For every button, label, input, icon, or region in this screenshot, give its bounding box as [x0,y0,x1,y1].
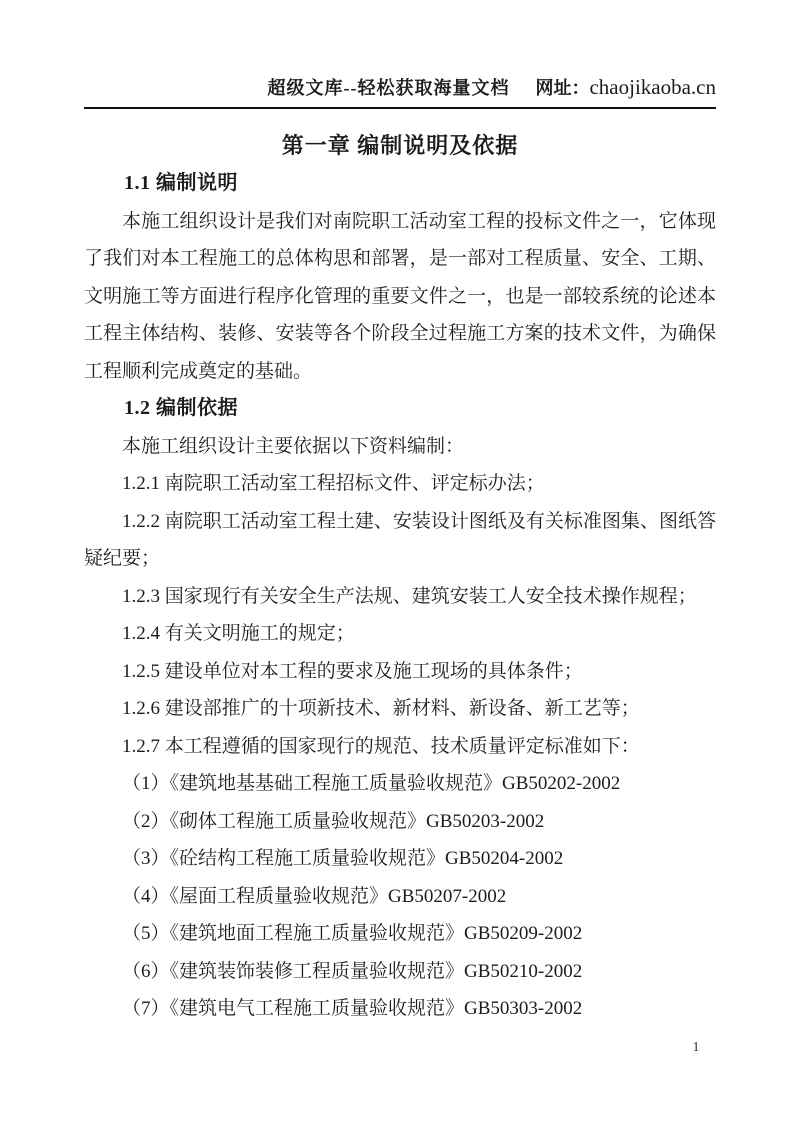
section-1-2-intro: 本施工组织设计主要依据以下资料编制： [84,428,716,466]
page-header: 超级文库--轻松获取海量文档 网址： chaojikaoba.cn [84,74,716,109]
standard-item-4: （4）《屋面工程质量验收规范》GB50207-2002 [84,878,716,916]
header-url-label: 网址： [535,74,589,100]
clause-1-2-1: 1.2.1 南院职工活动室工程招标文件、评定标办法； [84,465,716,503]
clause-1-2-5: 1.2.5 建设单位对本工程的要求及施工现场的具体条件； [84,653,716,691]
standard-item-5: （5）《建筑地面工程施工质量验收规范》GB50209-2002 [84,915,716,953]
clause-1-2-2: 1.2.2 南院职工活动室工程土建、安装设计图纸及有关标准图集、图纸答疑纪要； [84,503,716,578]
standard-item-2: （2）《砌体工程施工质量验收规范》GB50203-2002 [84,803,716,841]
document-page: 超级文库--轻松获取海量文档 网址： chaojikaoba.cn 第一章 编制… [0,0,793,1122]
clause-1-2-4: 1.2.4 有关文明施工的规定； [84,615,716,653]
header-site-url: chaojikaoba.cn [589,75,716,100]
standard-item-1: （1）《建筑地基基础工程施工质量验收规范》GB50202-2002 [84,765,716,803]
standard-item-7: （7）《建筑电气工程施工质量验收规范》GB50303-2002 [84,990,716,1028]
section-1-1-paragraph: 本施工组织设计是我们对南院职工活动室工程的投标文件之一，它体现了我们对本工程施工… [84,203,716,391]
page-number: 1 [686,1040,706,1056]
section-1-2-heading: 1.2 编制依据 [84,390,716,428]
document-body: 1.1 编制说明 本施工组织设计是我们对南院职工活动室工程的投标文件之一，它体现… [84,165,716,1028]
clause-1-2-7: 1.2.7 本工程遵循的国家现行的规范、技术质量评定标准如下： [84,728,716,766]
clause-1-2-6: 1.2.6 建设部推广的十项新技术、新材料、新设备、新工艺等； [84,690,716,728]
header-brand-text: 超级文库--轻松获取海量文档 [267,74,509,100]
standard-item-6: （6）《建筑装饰装修工程质量验收规范》GB50210-2002 [84,953,716,991]
section-1-1-heading: 1.1 编制说明 [84,165,716,203]
chapter-title: 第一章 编制说明及依据 [84,130,716,161]
standard-item-3: （3）《砼结构工程施工质量验收规范》GB50204-2002 [84,840,716,878]
clause-1-2-3: 1.2.3 国家现行有关安全生产法规、建筑安装工人安全技术操作规程； [84,578,716,616]
